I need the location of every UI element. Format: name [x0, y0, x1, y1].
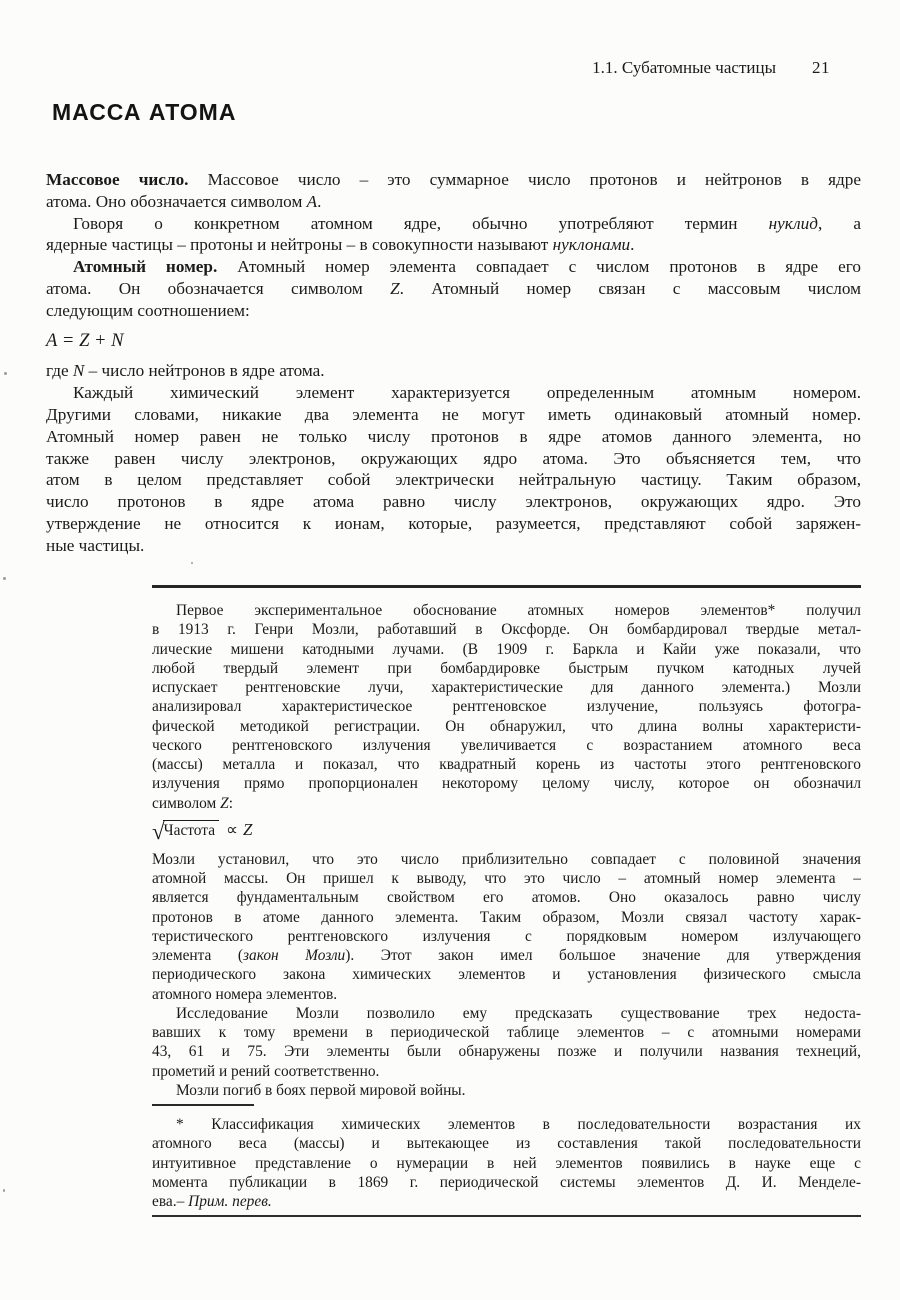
historical-note-block: Первое экспериментальное обоснование ато…	[152, 585, 861, 1217]
text-line: атома. Оно обозначается символом А.	[46, 191, 861, 213]
text-line: атома. Он обозначается символом Z. Атомн…	[46, 278, 861, 300]
running-head: 1.1. Субатомные частицы 21	[592, 58, 830, 78]
text-line: где N – число нейтронов в ядре атома.	[46, 360, 861, 382]
text-line: анализировал характеристическое рентгено…	[152, 697, 861, 716]
text-line: прометий и рений соответственно.	[152, 1062, 861, 1081]
text-line: атом в целом представляет собой электрич…	[46, 469, 861, 491]
paragraph: Говоря о конкретном атомном ядре, обычно…	[46, 213, 861, 257]
formula-variable: Z	[243, 820, 252, 839]
text-line: Атомный номер. Атомный номер элемента со…	[46, 256, 861, 278]
formula-frequency: √Частота∝Z	[152, 820, 861, 843]
paragraph: Мозли погиб в боях первой мировой войны.	[152, 1081, 861, 1100]
scan-speck	[3, 577, 6, 580]
text-line: периодического закона химических элемент…	[152, 965, 861, 984]
scanned-book-page: { "running_head": { "section": "1.1. Суб…	[0, 0, 900, 1300]
text-line: ева.– Прим. перев.	[152, 1192, 861, 1211]
text-line: ные частицы.	[46, 535, 861, 557]
text-line: атомной массы. Он пришел к выводу, что э…	[152, 869, 861, 888]
text-line: 43, 61 и 75. Эти элементы были обнаружен…	[152, 1042, 861, 1061]
scan-speck	[3, 1189, 5, 1192]
text-line: интуитивное представление о нумерации в …	[152, 1154, 861, 1173]
text-line: является фундаментальным свойством его а…	[152, 888, 861, 907]
text-line: Массовое число. Массовое число – это сум…	[46, 169, 861, 191]
text-line: теристического рентгеновского излучения …	[152, 927, 861, 946]
text-line: * Классификация химических элементов в п…	[152, 1115, 861, 1134]
text-line: ядерные частицы – протоны и нейтроны – в…	[46, 234, 861, 256]
text-line: ческого рентгеновского излучения увеличи…	[152, 736, 861, 755]
footnote-separator	[152, 1104, 254, 1106]
paragraph: Массовое число. Массовое число – это сум…	[46, 169, 861, 213]
text-line: также равен числу электронов, окружающих…	[46, 448, 861, 470]
paragraph: где N – число нейтронов в ядре атома.	[46, 360, 861, 382]
page-heading: МАССА АТОМА	[52, 99, 236, 126]
text-line: атомного номера элементов.	[152, 985, 861, 1004]
running-head-section: 1.1. Субатомные частицы	[592, 58, 776, 78]
scan-speck	[191, 562, 193, 564]
paragraph: Первое экспериментальное обоснование ато…	[152, 601, 861, 813]
text-line: (массы) металла и показал, что квадратны…	[152, 755, 861, 774]
scan-speck	[4, 372, 7, 375]
text-line: Первое экспериментальное обоснование ато…	[152, 601, 861, 620]
paragraph: * Классификация химических элементов в п…	[152, 1115, 861, 1211]
text-line: Каждый химический элемент характеризуетс…	[46, 382, 861, 404]
text-line: Мозли установил, что это число приблизит…	[152, 850, 861, 869]
proportional-sign: ∝	[226, 820, 238, 839]
text-line: число протонов в ядре атома равно числу …	[46, 491, 861, 513]
main-text-column: Массовое число. Массовое число – это сум…	[46, 169, 861, 557]
paragraph: Атомный номер. Атомный номер элемента со…	[46, 256, 861, 321]
text-line: момента публикации в 1869 г. периодическ…	[152, 1173, 861, 1192]
text-line: Исследование Мозли позволило ему предска…	[152, 1004, 861, 1023]
text-line: Атомный номер равен не только числу прот…	[46, 426, 861, 448]
running-head-page-number: 21	[812, 58, 830, 78]
text-line: утверждение не относится к ионам, которы…	[46, 513, 861, 535]
text-line: Мозли погиб в боях первой мировой войны.	[152, 1081, 861, 1100]
text-line: следующим соотношением:	[46, 300, 861, 322]
radicand-label: Частота	[163, 820, 219, 839]
text-line: элемента (закон Мозли). Этот закон имел …	[152, 946, 861, 965]
paragraph: Исследование Мозли позволило ему предска…	[152, 1004, 861, 1081]
text-line: Говоря о конкретном атомном ядре, обычно…	[46, 213, 861, 235]
formula-mass-number: A = Z + N	[46, 330, 861, 352]
text-line: вавших к тому времени в периодической та…	[152, 1023, 861, 1042]
text-line: символом Z:	[152, 794, 861, 813]
paragraph: Мозли установил, что это число приблизит…	[152, 850, 861, 1004]
text-line: испускает рентгеновские лучи, характерис…	[152, 678, 861, 697]
paragraph: Каждый химический элемент характеризуетс…	[46, 382, 861, 556]
text-line: лические мишени катодными лучами. (В 190…	[152, 640, 861, 659]
text-line: протонов в атоме данного элемента. Таким…	[152, 908, 861, 927]
text-line: излучения прямо пропорционален некотором…	[152, 774, 861, 793]
text-line: в 1913 г. Генри Мозли, работавший в Оксф…	[152, 620, 861, 639]
text-line: Другими словами, никакие два элемента не…	[46, 404, 861, 426]
text-line: атомного веса (массы) и вытекающее из со…	[152, 1134, 861, 1153]
text-line: фической методикой регистрации. Он обнар…	[152, 717, 861, 736]
text-line: любой твердый элемент при бомбардировке …	[152, 659, 861, 678]
